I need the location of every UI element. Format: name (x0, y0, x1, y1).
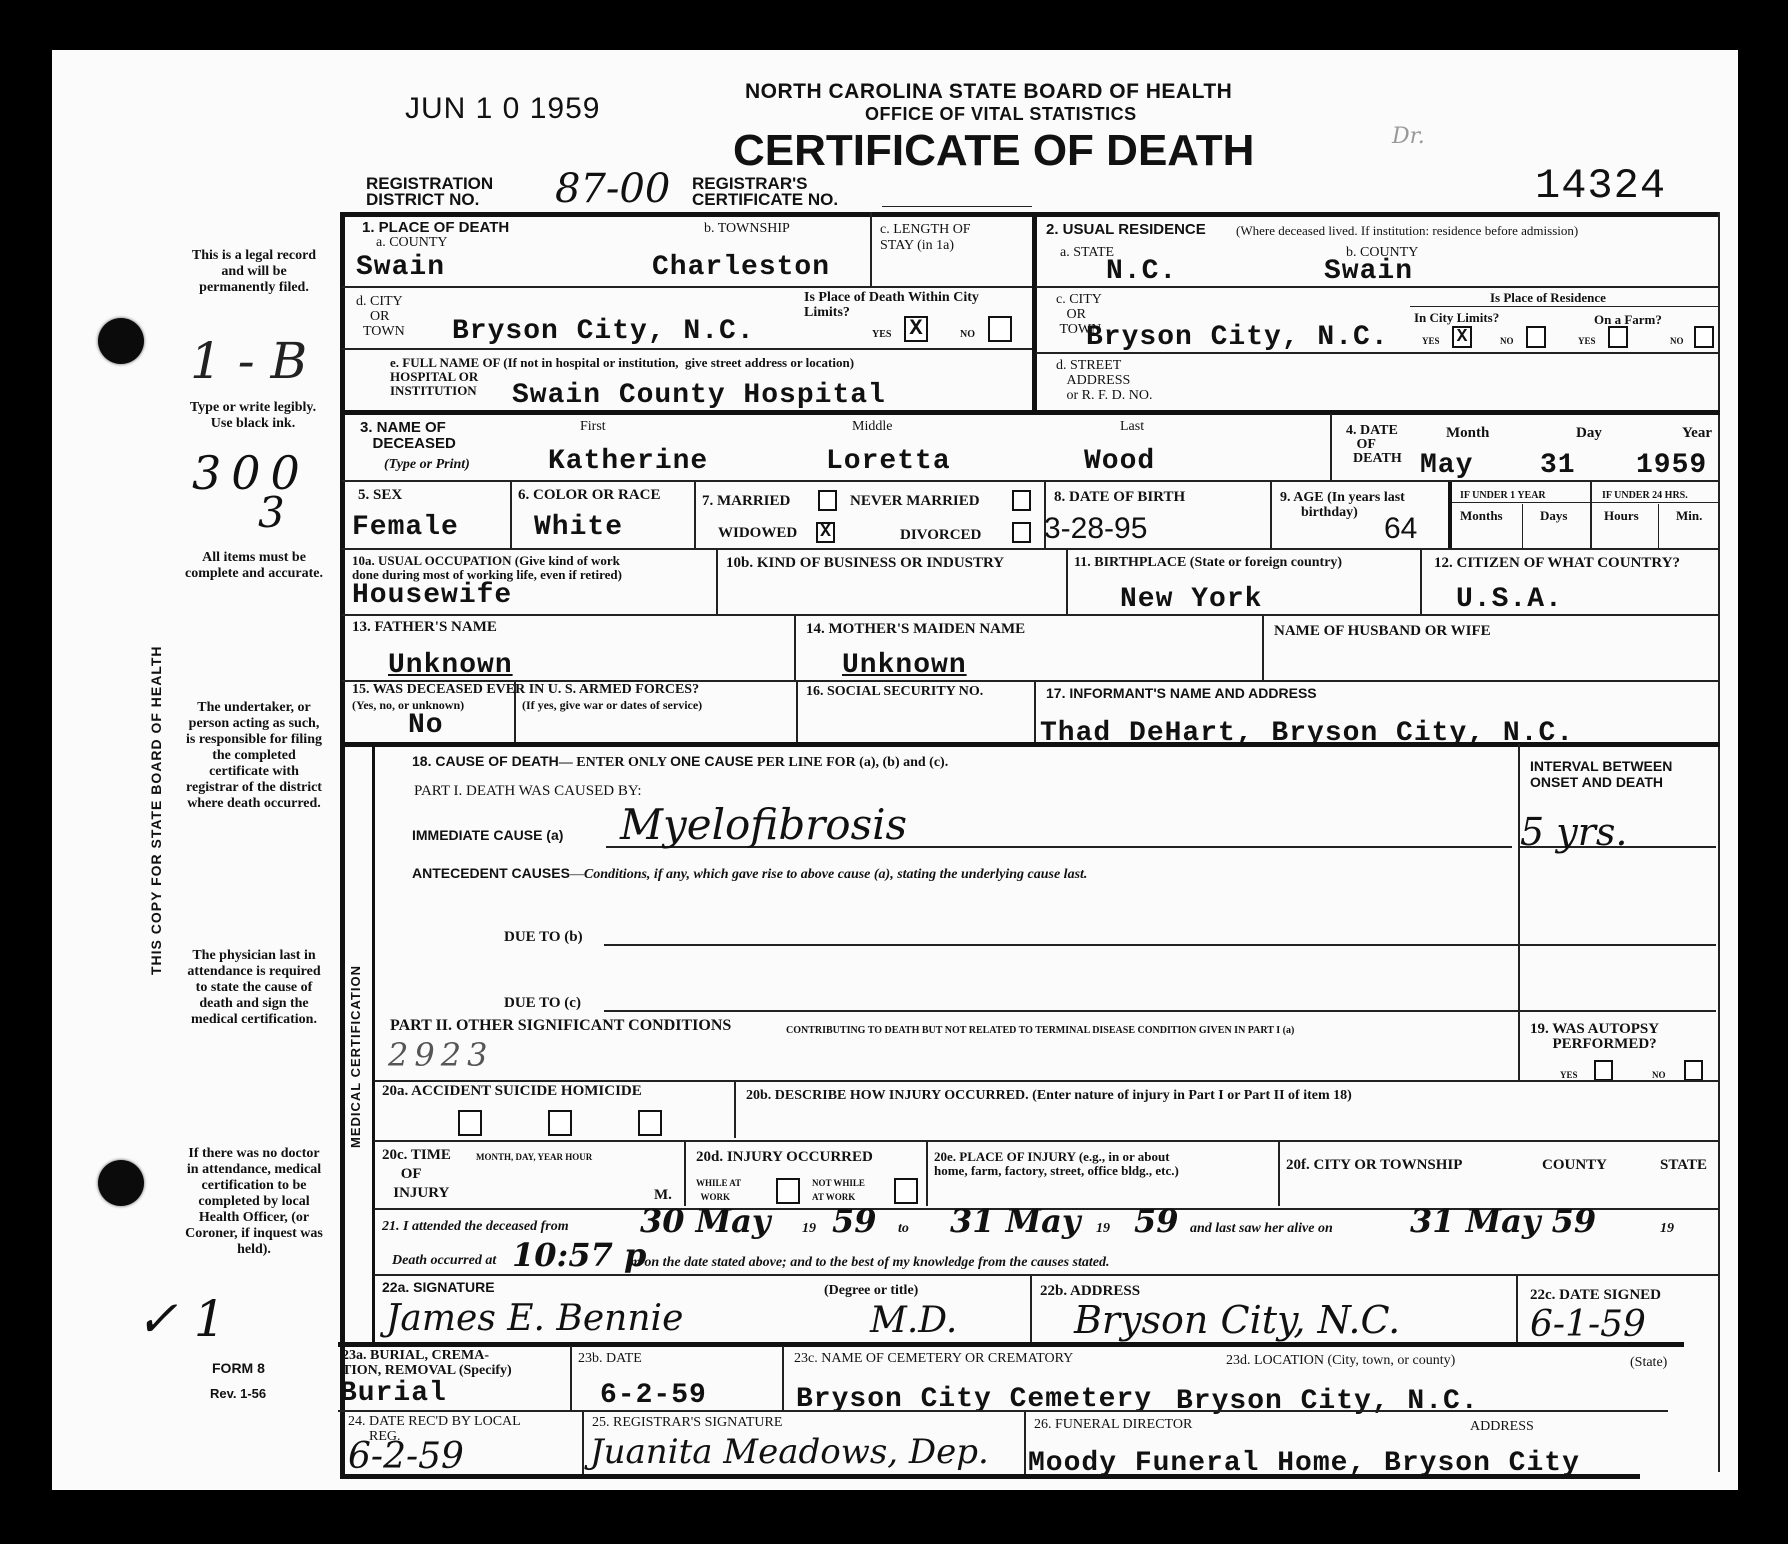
county-label: a. COUNTY (376, 236, 448, 250)
immediate-cause-value[interactable]: Myelofibrosis (620, 800, 907, 849)
col-split-1-2 (1032, 212, 1037, 412)
citizen-value[interactable]: U.S.A. (1456, 584, 1563, 615)
res-county-value[interactable]: Swain (1324, 256, 1413, 287)
under1-divider (1590, 482, 1592, 548)
cemetery-label: 23c. NAME OF CEMETERY OR CREMATORY (794, 1352, 1073, 1366)
burial-type-label: 23a. BURIAL, CREMA-TION, REMOVAL (Specif… (342, 1348, 512, 1378)
not-while-at-work-checkbox[interactable] (894, 1178, 918, 1204)
dod-divider (1330, 414, 1332, 480)
form-revision: Rev. 1-56 (210, 1386, 266, 1401)
handwritten-3: 3 (258, 488, 285, 537)
township-label: b. TOWNSHIP (704, 222, 790, 236)
middle-name-label: Middle (852, 420, 892, 434)
attended-prefix: 21. I attended the deceased from (382, 1220, 569, 1234)
birthplace-value[interactable]: New York (1120, 584, 1262, 615)
frame-right (1718, 212, 1720, 1472)
handwritten-300: 300 (192, 446, 310, 500)
months-divider (1522, 504, 1523, 548)
no-doctor-note: If there was no doctor in attendance, me… (184, 1146, 324, 1258)
business-label: 10b. KIND OF BUSINESS OR INDUSTRY (726, 556, 1004, 571)
occupation-divider (716, 550, 718, 614)
row-sex-bottom (342, 548, 1718, 550)
farm-no-checkbox[interactable] (1694, 326, 1714, 348)
in-city-yes-label: YES (1422, 334, 1440, 348)
widowed-label: WIDOWED (718, 526, 797, 541)
name-hint: (Type or Print) (384, 458, 470, 472)
while-at-work-label: WHILE AT WORK (696, 1176, 741, 1204)
last-seen-value[interactable]: 31 May 59 (1410, 1202, 1596, 1240)
mother-label: 14. MOTHER'S MAIDEN NAME (806, 622, 1025, 637)
interval-divider (1518, 744, 1520, 1080)
injury-county-label: COUNTY (1542, 1158, 1607, 1173)
farm-yes-checkbox[interactable] (1608, 326, 1628, 348)
burial-location-value[interactable]: Bryson City, N.C. (1176, 1386, 1479, 1417)
received-stamp: JUN 1 0 1959 (405, 92, 600, 126)
street-address-label: d. STREET ADDRESS or R. F. D. NO. (1056, 358, 1153, 403)
father-value[interactable]: Unknown (388, 650, 513, 681)
time-sub-label: MONTH, DAY, YEAR HOUR (476, 1150, 592, 1164)
interval-value[interactable]: 5 yrs. (1520, 810, 1627, 854)
autopsy-no-checkbox[interactable] (1684, 1060, 1703, 1081)
registrar-signature-value[interactable]: Juanita Meadows, Dep. (590, 1432, 989, 1472)
part1-label: PART I. DEATH WAS CAUSED BY: (414, 784, 641, 798)
form-number: FORM 8 (212, 1360, 265, 1376)
legal-record-note: This is a legal record and will be perma… (184, 248, 324, 296)
race-value[interactable]: White (534, 512, 623, 543)
within-limits-label: Is Place of Death Within CityLimits? (804, 290, 979, 320)
autopsy-label: 19. WAS AUTOPSY PERFORMED? (1530, 1022, 1659, 1052)
binder-hole-top (98, 318, 144, 364)
father-label: 13. FATHER'S NAME (352, 620, 497, 635)
row-22-bottom (338, 1342, 1684, 1347)
registrar-signature-label: 25. REGISTRAR'S SIGNATURE (592, 1416, 782, 1430)
cert-no-underline (882, 206, 1032, 207)
injury-how-label: 20b. DESCRIBE HOW INJURY OCCURRED. (Ente… (746, 1088, 1352, 1103)
sex-divider (510, 482, 512, 548)
first-name-label: First (580, 420, 606, 434)
married-label: 7. MARRIED (702, 494, 790, 509)
res-state-value[interactable]: N.C. (1106, 256, 1177, 287)
registrar-divider (1024, 1412, 1026, 1476)
dob-label: 8. DATE OF BIRTH (1054, 490, 1185, 505)
informant-label: 17. INFORMANT'S NAME AND ADDRESS (1046, 686, 1317, 701)
citizen-label: 12. CITIZEN OF WHAT COUNTRY? (1434, 556, 1680, 571)
never-married-label: NEVER MARRIED (850, 494, 980, 509)
stay-label: c. LENGTH OFSTAY (in 1a) (880, 222, 971, 254)
suicide-checkbox[interactable] (548, 1110, 572, 1136)
spouse-label: NAME OF HUSBAND OR WIFE (1274, 624, 1491, 639)
injury-occurred-label: 20d. INJURY OCCURRED (696, 1150, 873, 1165)
due-to-c-label: DUE TO (c) (504, 996, 581, 1011)
autopsy-yes-checkbox[interactable] (1594, 1060, 1613, 1081)
race-label: 6. COLOR OR RACE (518, 488, 661, 503)
to-year-value[interactable]: 59 (1134, 1202, 1179, 1240)
occupation-label: 10a. USUAL OCCUPATION (Give kind of work… (352, 554, 622, 582)
due-to-c-line (604, 1010, 1716, 1012)
reg-district-label: REGISTRATIONDISTRICT NO. (366, 176, 493, 208)
occurred-divider (926, 1142, 928, 1206)
time-divider (684, 1142, 686, 1206)
interval-label: INTERVAL BETWEEN ONSET AND DEATH (1530, 758, 1710, 790)
is-place-residence-label: Is Place of Residence (1490, 290, 1606, 305)
first-name-value[interactable]: Katherine (548, 446, 708, 477)
signature-divider (1030, 1276, 1032, 1342)
physician-note: The physician last in attendance is requ… (184, 948, 324, 1028)
burial-location-label: 23d. LOCATION (City, town, or county) (1226, 1354, 1455, 1368)
hours-label: Hours (1604, 508, 1639, 523)
armed-war-divider (796, 682, 798, 742)
armed-war-hint: (If yes, give war or dates of service) (522, 698, 702, 712)
degree-value[interactable]: M.D. (870, 1300, 957, 1341)
under-1-year-label: IF UNDER 1 YEAR (1460, 488, 1546, 503)
dod-day-value[interactable]: 31 (1540, 450, 1576, 481)
married-checkbox[interactable] (818, 490, 837, 511)
not-while-at-work-label: NOT WHILEAT WORK (812, 1176, 865, 1204)
under-24-hrs-label: IF UNDER 24 HRS. (1602, 488, 1688, 503)
birthplace-label: 11. BIRTHPLACE (State or foreign country… (1074, 556, 1342, 570)
burial-state-label: (State) (1630, 1356, 1667, 1370)
vertical-state-copy: THIS COPY FOR STATE BOARD OF HEALTH (148, 645, 164, 975)
immediate-cause-label: IMMEDIATE CAUSE (a) (412, 828, 563, 843)
sex-label: 5. SEX (358, 488, 402, 503)
last-saw-label: and last saw her alive on (1190, 1222, 1333, 1236)
burial-date-divider (782, 1346, 784, 1410)
farm-yes-label: YES (1578, 334, 1596, 348)
place-injury-divider (1278, 1142, 1280, 1206)
father-divider (794, 616, 796, 680)
widowed-checkbox[interactable]: X (816, 522, 835, 543)
burial-date-value[interactable]: 6-2-59 (600, 1380, 707, 1411)
attended-to-value[interactable]: 31 May (950, 1202, 1080, 1240)
funeral-director-label: 26. FUNERAL DIRECTOR (1034, 1418, 1192, 1432)
hours-divider (1658, 504, 1659, 548)
due-to-b-line (604, 944, 1716, 946)
row-part2-bottom (374, 1080, 1718, 1082)
mother-divider (1262, 616, 1264, 680)
middle-name-value[interactable]: Loretta (826, 446, 951, 477)
in-city-no-label: NO (1500, 334, 1514, 348)
burial-type-divider (570, 1346, 572, 1410)
date-signed-value[interactable]: 6-1-59 (1530, 1304, 1646, 1345)
mother-value[interactable]: Unknown (842, 650, 967, 681)
handwritten-check: ✓ 1 (136, 1290, 226, 1348)
dod-month-value[interactable]: May (1420, 450, 1473, 481)
injury-state-label: STATE (1660, 1158, 1707, 1173)
physician-signature[interactable]: James E. Bennie (386, 1298, 683, 1339)
township-value[interactable]: Charleston (652, 252, 830, 283)
type-legibly-note: Type or write legibly. Use black ink. (188, 400, 318, 432)
physician-address-label: 22b. ADDRESS (1040, 1284, 1140, 1299)
within-limits-yes-checkbox[interactable]: X (904, 316, 928, 342)
row-1d-bottom (342, 348, 1032, 350)
city-label: d. CITY OR TOWN (356, 294, 405, 339)
residence-check-divider (1410, 306, 1718, 307)
death-city-value[interactable]: Bryson City, N.C. (452, 316, 755, 347)
medical-inner-left (372, 744, 375, 1344)
place-of-injury-label: 20e. PLACE OF INJURY (e.g., in or abouth… (934, 1150, 1179, 1178)
row-name-bottom (342, 480, 1718, 482)
occupation-value[interactable]: Housewife (352, 580, 512, 611)
binder-hole-bottom (98, 1160, 144, 1206)
to-year-prefix: 19 (1096, 1222, 1110, 1236)
part2-note: CONTRIBUTING TO DEATH BUT NOT RELATED TO… (786, 1024, 1294, 1038)
sex-value[interactable]: Female (352, 512, 459, 543)
medical-certification-vertical: MEDICAL CERTIFICATION (348, 965, 363, 1148)
in-city-no-checkbox[interactable] (1526, 326, 1546, 348)
office-title: OFFICE OF VITAL STATISTICS (865, 104, 1137, 125)
stay-divider (870, 212, 872, 288)
dod-day-label: Day (1576, 426, 1602, 441)
burial-date-label: 23b. DATE (578, 1352, 642, 1366)
months-label: Months (1460, 508, 1503, 523)
degree-label: (Degree or title) (824, 1284, 918, 1298)
undertaker-note: The undertaker, or person acting as such… (184, 700, 324, 812)
dob-divider (1270, 482, 1272, 548)
frame-left (340, 212, 345, 1476)
place-of-death-label: 1. PLACE OF DEATH (362, 220, 509, 235)
recd-divider (582, 1412, 584, 1476)
within-yes-label: YES (872, 328, 891, 342)
homicide-checkbox[interactable] (638, 1110, 662, 1136)
death-at-label: Death occurred at (392, 1254, 496, 1268)
usual-residence-note: (Where deceased lived. If institution: r… (1236, 224, 1578, 238)
cause-heading: 18. CAUSE OF DEATH— ENTER ONLY ONE CAUSE… (412, 754, 948, 770)
last-name-value[interactable]: Wood (1084, 446, 1155, 477)
agency-title: NORTH CAROLINA STATE BOARD OF HEALTH (745, 80, 1232, 104)
time-of-injury-label: 20c. TIME OF INJURY (382, 1146, 451, 1203)
age-value[interactable]: 64 (1384, 512, 1417, 546)
from-year-value[interactable]: 59 (832, 1202, 877, 1240)
last-name-label: Last (1120, 420, 1144, 434)
reg-district-value: 87-00 (555, 166, 670, 212)
dod-label: 4. DATE OF DEATH (1346, 424, 1402, 466)
divorced-label: DIVORCED (900, 528, 981, 543)
complete-accurate-note: All items must be complete and accurate. (184, 550, 324, 582)
from-year-prefix: 19 (802, 1222, 816, 1236)
on-farm-label: On a Farm? (1594, 312, 1662, 327)
corner-note: Dr. (1392, 124, 1425, 149)
acc-divider (734, 1082, 736, 1138)
days-label: Days (1540, 508, 1567, 523)
row-20a-bottom (374, 1140, 1718, 1142)
while-at-work-checkbox[interactable] (776, 1178, 800, 1204)
handwritten-1b: 1 - B (190, 332, 307, 390)
within-limits-no-checkbox[interactable] (988, 316, 1012, 342)
in-city-yes-checkbox[interactable]: X (1452, 326, 1472, 348)
age-divider (1448, 482, 1452, 548)
burial-type-value[interactable]: Burial (340, 1378, 447, 1409)
due-to-b-label: DUE TO (b) (504, 930, 583, 945)
dod-year-label: Year (1682, 426, 1712, 441)
birthplace-divider (1420, 550, 1422, 614)
death-time-value[interactable]: 10:57 p (512, 1236, 646, 1274)
never-married-checkbox[interactable] (1012, 490, 1031, 511)
armed-forces-label: 15. WAS DECEASED EVER IN U. S. ARMED FOR… (352, 682, 699, 697)
name-label: 3. NAME OF DECEASED (360, 420, 456, 452)
signature-label: 22a. SIGNATURE (382, 1280, 495, 1295)
physician-address-value[interactable]: Bryson City, N.C. (1074, 1298, 1400, 1342)
row-informant-bottom (342, 742, 1720, 747)
usual-residence-label: 2. USUAL RESIDENCE (1046, 222, 1206, 237)
state-file-number: 14324 (1535, 162, 1666, 210)
min-label: Min. (1676, 508, 1702, 523)
accident-checkbox[interactable] (458, 1110, 482, 1136)
frame-top (340, 212, 1720, 217)
dod-month-label: Month (1446, 426, 1489, 441)
row-1a-bottom (342, 286, 1032, 288)
dod-year-value[interactable]: 1959 (1636, 450, 1707, 481)
part2-code: 2923 (388, 1036, 493, 1074)
date-signed-label: 22c. DATE SIGNED (1530, 1288, 1661, 1303)
business-divider (1066, 550, 1068, 614)
in-city-limits-label: In City Limits? (1414, 310, 1499, 325)
attended-from-value[interactable]: 30 May (640, 1202, 770, 1240)
funeral-address-label: ADDRESS (1470, 1420, 1534, 1434)
armed-forces-value[interactable]: No (408, 710, 444, 741)
ssn-divider (1034, 682, 1036, 742)
city-township-label: 20f. CITY OR TOWNSHIP (1286, 1158, 1462, 1173)
last-seen-year-suffix: 19 (1660, 1222, 1674, 1236)
registrar-cert-label: REGISTRAR'SCERTIFICATE NO. (692, 176, 838, 208)
ssn-label: 16. SOCIAL SECURITY NO. (806, 684, 983, 699)
part2-label: PART II. OTHER SIGNIFICANT CONDITIONS (390, 1018, 731, 1033)
accident-suicide-homicide-label: 20a. ACCIDENT SUICIDE HOMICIDE (382, 1084, 642, 1099)
dob-value[interactable]: 3-28-95 (1044, 512, 1147, 546)
antecedent-label: ANTECEDENT CAUSES—Conditions, if any, wh… (412, 866, 1087, 882)
frame-bottom (340, 1474, 1640, 1479)
row-23-bottom (338, 1410, 1668, 1412)
page-title: CERTIFICATE OF DEATH (733, 126, 1254, 176)
death-at-suffix: m on the date stated above; and to the b… (630, 1256, 1109, 1270)
farm-no-label: NO (1670, 334, 1684, 348)
hospital-value[interactable]: Swain County Hospital (512, 380, 886, 411)
within-no-label: NO (960, 328, 975, 342)
race-divider (694, 482, 696, 548)
time-m-label: M. (654, 1188, 672, 1203)
res-city-value[interactable]: Bryson City, N.C. (1086, 322, 1389, 353)
to-label: to (898, 1222, 909, 1236)
divorced-checkbox[interactable] (1012, 522, 1031, 543)
address-divider (1516, 1276, 1518, 1342)
death-county-value[interactable]: Swain (356, 252, 445, 283)
date-recd-value[interactable]: 6-2-59 (348, 1436, 464, 1477)
